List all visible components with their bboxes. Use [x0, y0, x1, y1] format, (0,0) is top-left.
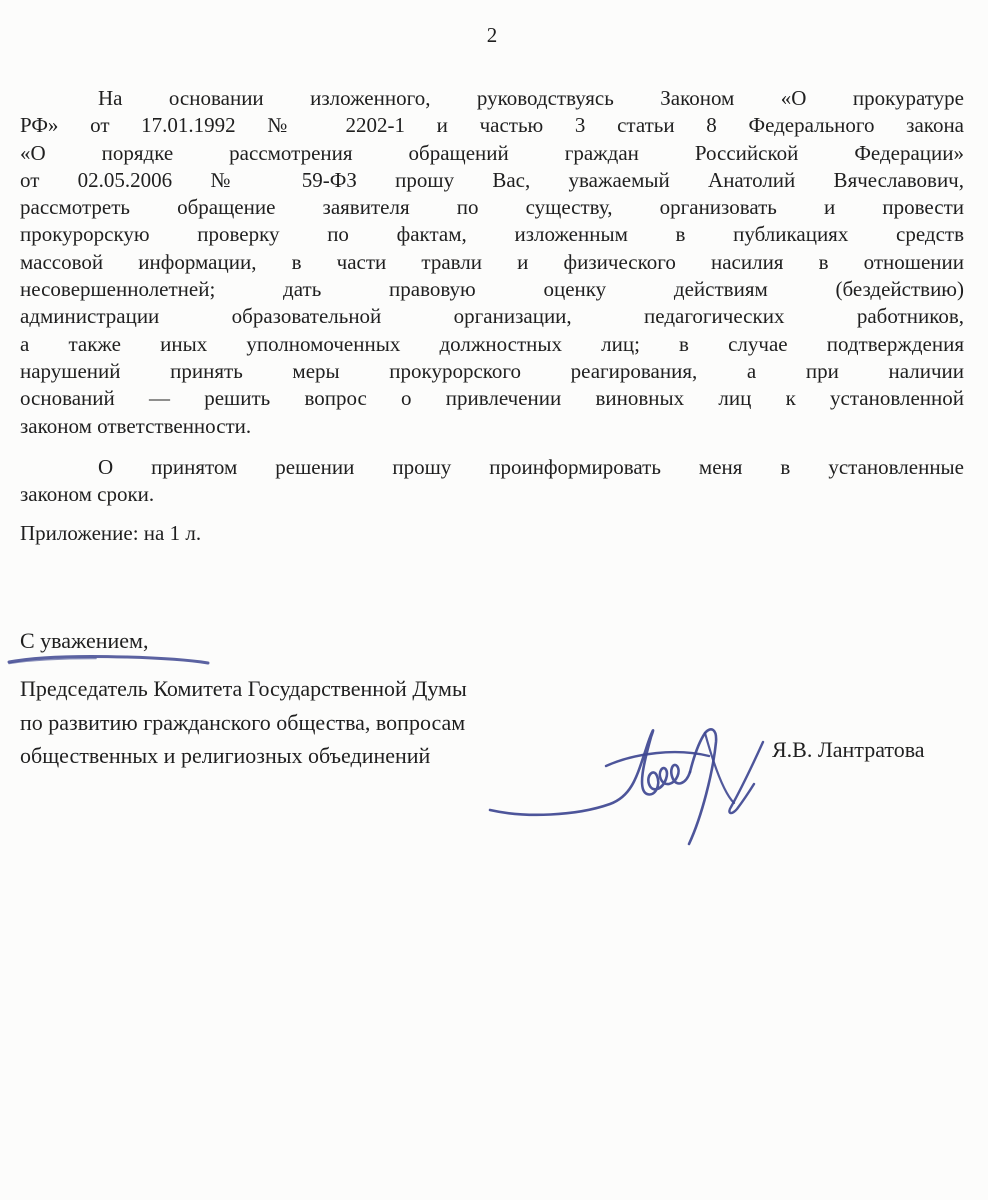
paragraph-inform-request: О принятом решении прошу проинформироват…: [20, 454, 964, 509]
text-line: оснований — решить вопрос о привлечении …: [20, 385, 964, 412]
page-number: 2: [20, 22, 964, 49]
signer-name: Я.В. Лантратова: [772, 736, 925, 764]
text-line: а также иных уполномоченных должностных …: [20, 331, 964, 358]
text-line: О принятом решении прошу проинформироват…: [20, 454, 964, 481]
text-line: массовой информации, в части травли и фи…: [20, 249, 964, 276]
text-line: рассмотреть обращение заявителя по сущес…: [20, 194, 964, 221]
text-line: прокурорскую проверку по фактам, изложен…: [20, 221, 964, 248]
text-line: законом ответственности.: [20, 413, 964, 440]
text-line: На основании изложенного, руководствуясь…: [20, 85, 964, 112]
text-line: нарушений принять меры прокурорского реа…: [20, 358, 964, 385]
text-line: «О порядке рассмотрения обращений гражда…: [20, 140, 964, 167]
salutation-block: С уважением,: [20, 627, 260, 654]
text-line: от 02.05.2006 № 59-ФЗ прошу Вас, уважаем…: [20, 167, 964, 194]
signature-ink: [480, 704, 852, 852]
document-page: 2 На основании изложенного, руководствуя…: [0, 0, 988, 1200]
text-line: законом сроки.: [20, 481, 964, 508]
text-line: РФ» от 17.01.1992 № 2202-1 и частью 3 ст…: [20, 112, 964, 139]
attachment-note: Приложение: на 1 л.: [20, 520, 964, 547]
paragraph-main-request: На основании изложенного, руководствуясь…: [20, 85, 964, 440]
text-line: Председатель Комитета Государственной Ду…: [20, 672, 964, 706]
salutation-text: С уважением,: [20, 627, 260, 654]
text-line: администрации образовательной организаци…: [20, 303, 964, 330]
pen-underline-stroke: [6, 653, 212, 667]
text-line: несовершеннолетней; дать правовую оценку…: [20, 276, 964, 303]
